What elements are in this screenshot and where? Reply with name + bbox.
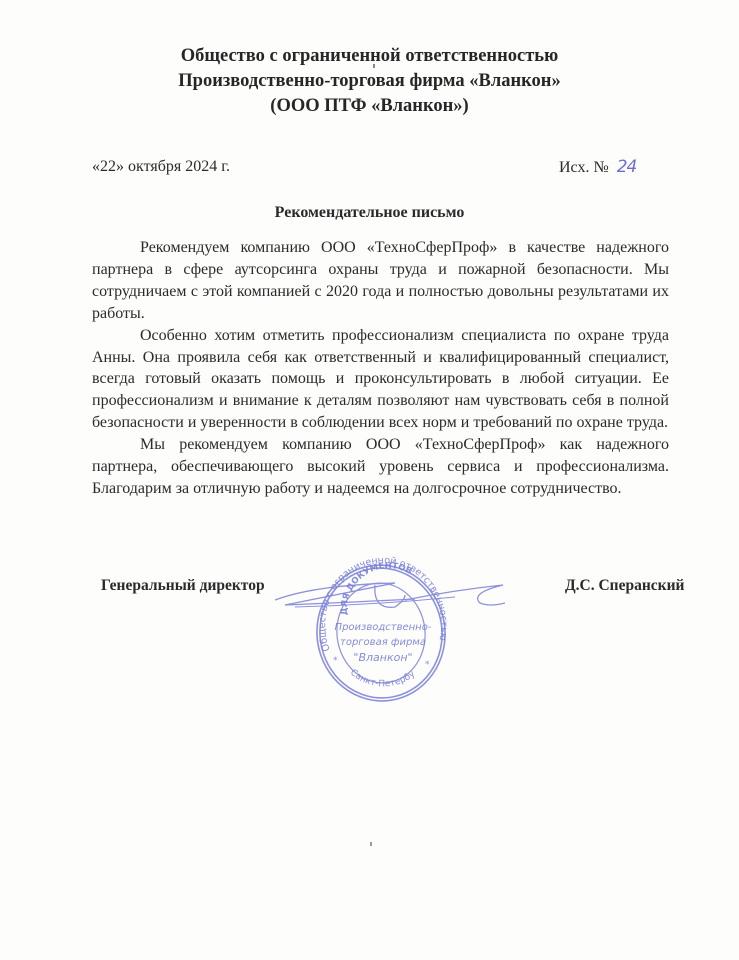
company-seal-stamp: Общество с ограниченной ответственностью… <box>255 555 505 705</box>
svg-text:*: * <box>425 660 430 670</box>
letterhead: Общество с ограниченной ответственностью… <box>0 44 739 119</box>
paragraph: Мы рекомендуем компанию ООО «ТехноСферПр… <box>92 434 669 500</box>
svg-text:Производственно-: Производственно- <box>335 622 432 633</box>
signer-name: Д.С. Сперанский <box>565 576 684 596</box>
letterhead-company-full: Общество с ограниченной ответственностью <box>0 44 739 69</box>
outgoing-number: Исх. №24 <box>559 157 636 178</box>
svg-text:*: * <box>333 656 338 666</box>
letterhead-company-short: (ООО ПТФ «Вланкон») <box>0 94 739 119</box>
svg-text:"Вланкон": "Вланкон" <box>353 651 412 664</box>
letterhead-company-type: Производственно-торговая фирма «Вланкон» <box>0 69 739 94</box>
letter-body: Рекомендуем компанию ООО «ТехноСферПроф»… <box>92 237 669 500</box>
seal-icon: Общество с ограниченной ответственностью… <box>255 555 505 705</box>
paragraph: Особенно хотим отметить профессионализм … <box>92 325 669 435</box>
signer-position: Генеральный директор <box>101 576 265 596</box>
letter-date: «22» октября 2024 г. <box>92 157 230 177</box>
svg-text:торговая фирма: торговая фирма <box>340 637 426 648</box>
scan-mark <box>370 842 372 846</box>
paragraph: Рекомендуем компанию ООО «ТехноСферПроф»… <box>92 237 669 325</box>
handwritten-number: 24 <box>617 157 637 177</box>
outgoing-label: Исх. № <box>559 159 609 176</box>
document-title: Рекомендательное письмо <box>0 203 739 223</box>
